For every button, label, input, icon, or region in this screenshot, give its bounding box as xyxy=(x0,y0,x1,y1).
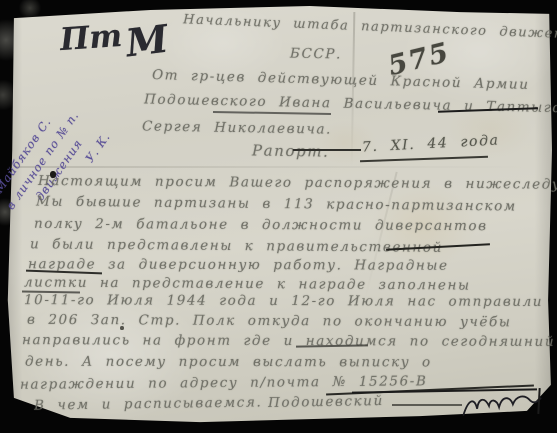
closing-line: В чем и расписываемся. xyxy=(34,394,263,413)
body-line: листки на представление к награде заполн… xyxy=(24,274,471,293)
paper-speck xyxy=(50,171,56,178)
body-line: направились на фронт где и находимся по … xyxy=(22,332,555,350)
body-line: день. А посему просим выслать выписку о xyxy=(25,354,432,371)
paper-speck xyxy=(120,326,124,330)
body-line: награде за диверсионную работу. Наградны… xyxy=(28,256,449,273)
signed-name: Подошевский xyxy=(268,393,384,411)
header-line-2: БССР. xyxy=(290,46,342,63)
body-line: 10-11-го Июля 1944 года и 12-го Июля нас… xyxy=(24,292,543,310)
ink-signature xyxy=(459,389,545,423)
body-line: в 206 Зап. Стр. Полк откуда по окончанию… xyxy=(27,312,512,331)
scanned-document: Пт М 575 т. Майбяков С. в личное по № п.… xyxy=(0,0,557,433)
report-title: Рапорт. xyxy=(252,141,330,160)
from-line-3: Сергея Николаевича. xyxy=(142,118,332,137)
body-line: полку 2-м батальоне в должности диверсан… xyxy=(34,216,488,234)
